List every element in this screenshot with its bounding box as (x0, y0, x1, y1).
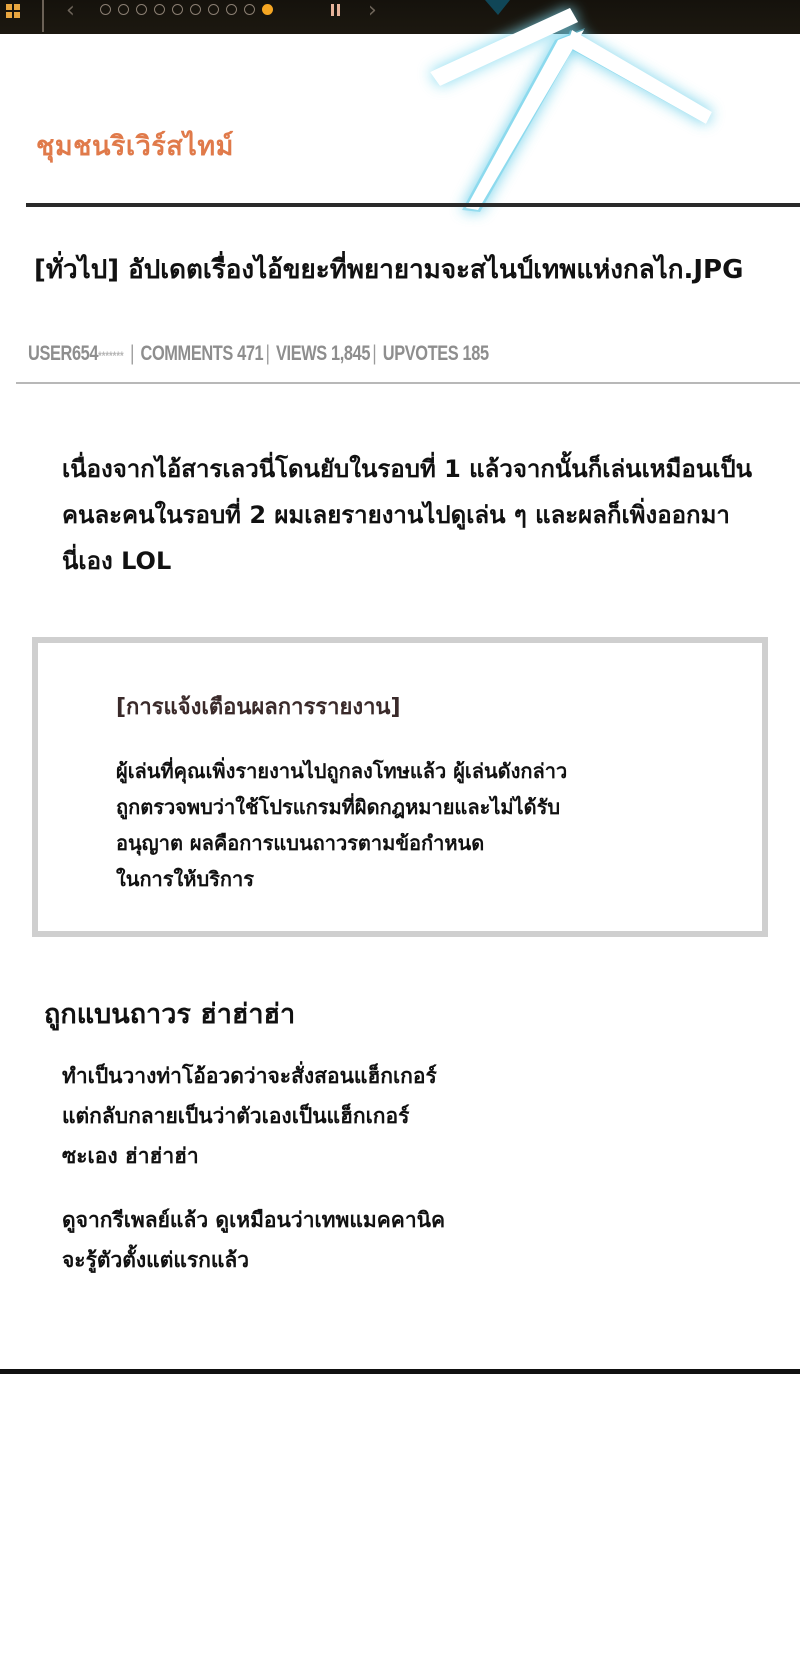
author-masked: ******* (98, 349, 124, 363)
notice-body: ผู้เล่นที่คุณเพิ่งรายงานไปถูกลงโทษแล้ว ผ… (116, 753, 736, 897)
page-dot-2[interactable] (118, 4, 129, 15)
reply-line: จะรู้ตัวตั้งแต่แรกแล้ว (62, 1240, 662, 1280)
author-name[interactable]: USER654 (28, 342, 98, 365)
notice-line: ถูกตรวจพบว่าใช้โปรแกรมที่ผิดกฎหมายและไม่… (116, 789, 736, 825)
page-dot-1[interactable] (100, 4, 111, 15)
page-dot-10-active[interactable] (262, 4, 273, 15)
reply-line: แต่กลับกลายเป็นว่าตัวเองเป็นแฮ็กเกอร์ (62, 1096, 662, 1136)
footer-divider (0, 1369, 800, 1374)
views-label: VIEWS (276, 342, 327, 365)
upvotes-count: 185 (463, 342, 489, 365)
chevron-right-icon[interactable]: › (368, 0, 377, 22)
reply-item: ทำเป็นวางท่าโอ้อวดว่าจะสั่งสอนแฮ็กเกอร์ … (62, 1056, 662, 1176)
page-dot-4[interactable] (154, 4, 165, 15)
page-dot-9[interactable] (244, 4, 255, 15)
pagination-dots (100, 4, 273, 15)
meta-divider (16, 382, 800, 384)
notice-line: อนุญาต ผลคือการแบนถาวรตามข้อกำหนด (116, 825, 736, 861)
grid-menu-icon[interactable] (6, 4, 20, 18)
reply-line: ทำเป็นวางท่าโอ้อวดว่าจะสั่งสอนแฮ็กเกอร์ (62, 1056, 662, 1096)
reply-line: ซะเอง ฮ่าฮ่าฮ่า (62, 1136, 662, 1176)
divider (42, 0, 44, 32)
page-dot-3[interactable] (136, 4, 147, 15)
header-divider (26, 203, 800, 207)
top-nav-bar: ‹ › (0, 0, 800, 34)
comments-heading: ถูกแบนถาวร ฮ่าฮ่าฮ่า (44, 992, 295, 1035)
page-dot-8[interactable] (226, 4, 237, 15)
reply-item: ดูจากรีเพลย์แล้ว ดูเหมือนว่าเทพแมคคานิค … (62, 1200, 662, 1280)
page-dot-7[interactable] (208, 4, 219, 15)
comments-label: COMMENTS (141, 342, 233, 365)
page-dot-5[interactable] (172, 4, 183, 15)
page-dot-6[interactable] (190, 4, 201, 15)
community-title: ชุมชนริเวิร์สไทม์ (36, 124, 234, 167)
views-count: 1,845 (331, 342, 370, 365)
post-body: เนื่องจากไอ้สารเลวนี่โดนยับในรอบที่ 1 แล… (62, 446, 762, 584)
report-notice-box: [การแจ้งเตือนผลการรายงาน] ผู้เล่นที่คุณเ… (32, 637, 768, 937)
post-meta: USER654******* | COMMENTS 471| VIEWS 1,8… (28, 342, 489, 366)
notice-title: [การแจ้งเตือนผลการรายงาน] (116, 689, 401, 724)
reply-line: ดูจากรีเพลย์แล้ว ดูเหมือนว่าเทพแมคคานิค (62, 1200, 662, 1240)
post-title: [ทั่วไป] อัปเดตเรื่องไอ้ขยะที่พยายามจะสไ… (34, 248, 754, 293)
upvotes-label: UPVOTES (383, 342, 459, 365)
pause-icon[interactable] (331, 4, 341, 16)
comments-count: 471 (237, 342, 263, 365)
glowing-x-decoration-icon (400, 0, 800, 230)
chevron-left-icon[interactable]: ‹ (66, 0, 75, 22)
notice-line: ผู้เล่นที่คุณเพิ่งรายงานไปถูกลงโทษแล้ว ผ… (116, 753, 736, 789)
notice-line: ในการให้บริการ (116, 861, 736, 897)
